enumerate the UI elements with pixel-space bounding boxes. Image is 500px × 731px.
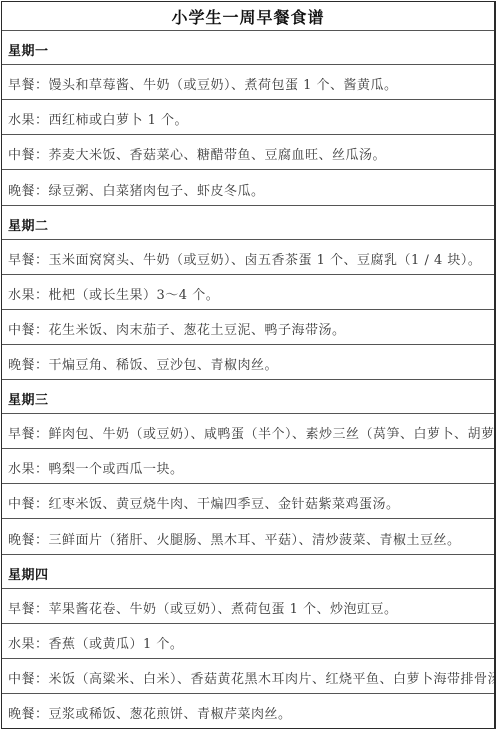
meal-row-wednesday-lunch: 中餐：红枣米饭、黄豆烧牛肉、干煸四季豆、金针菇紫菜鸡蛋汤。: [2, 484, 494, 519]
document-title: 小学生一周早餐食谱: [2, 2, 494, 31]
day-header-wednesday: 星期三: [2, 380, 494, 414]
meal-label: 早餐：: [8, 598, 49, 617]
meal-label: 中餐：: [8, 144, 49, 163]
menu-table: 小学生一周早餐食谱 星期一 早餐：馒头和草莓酱、牛奶（或豆奶）、煮荷包蛋 1 个…: [1, 1, 496, 729]
meal-row-monday-breakfast: 早餐：馒头和草莓酱、牛奶（或豆奶）、煮荷包蛋 1 个、酱黄瓜。: [2, 65, 494, 100]
meal-content: 豆浆或稀饭、葱花煎饼、青椒芹菜肉丝。: [49, 703, 292, 722]
meal-row-thursday-fruit: 水果：香蕉（或黄瓜）1 个。: [2, 624, 494, 659]
meal-label: 水果：: [8, 109, 49, 128]
meal-row-wednesday-breakfast: 早餐：鲜肉包、牛奶（或豆奶）、咸鸭蛋（半个）、素炒三丝（莴笋、白萝卜、胡萝卜）。: [2, 414, 494, 449]
meal-row-thursday-breakfast: 早餐：苹果酱花卷、牛奶（或豆奶）、煮荷包蛋 1 个、炒泡豇豆。: [2, 589, 494, 624]
meal-content: 苹果酱花卷、牛奶（或豆奶）、煮荷包蛋 1 个、炒泡豇豆。: [49, 598, 398, 617]
day-header-monday: 星期一: [2, 31, 494, 65]
meal-row-wednesday-dinner: 晚餐：三鲜面片（猪肝、火腿肠、黑木耳、平菇）、清炒菠菜、青椒土豆丝。: [2, 519, 494, 554]
meal-label: 晚餐：: [8, 703, 49, 722]
meal-label: 水果：: [8, 284, 49, 303]
meal-content: 花生米饭、肉末茄子、葱花土豆泥、鸭子海带汤。: [49, 319, 346, 338]
day-header-tuesday: 星期二: [2, 206, 494, 240]
meal-content: 绿豆粥、白菜猪肉包子、虾皮冬瓜。: [49, 180, 265, 199]
meal-label: 晚餐：: [8, 180, 49, 199]
meal-content: 馒头和草莓酱、牛奶（或豆奶）、煮荷包蛋 1 个、酱黄瓜。: [49, 74, 398, 93]
meal-label: 晚餐：: [8, 529, 49, 548]
meal-label: 水果：: [8, 458, 49, 477]
meal-label: 水果：: [8, 633, 49, 652]
meal-row-monday-dinner: 晚餐：绿豆粥、白菜猪肉包子、虾皮冬瓜。: [2, 170, 494, 205]
meal-row-wednesday-fruit: 水果：鸭梨一个或西瓜一块。: [2, 449, 494, 484]
meal-label: 中餐：: [8, 668, 49, 687]
meal-content: 红枣米饭、黄豆烧牛肉、干煸四季豆、金针菇紫菜鸡蛋汤。: [49, 493, 400, 512]
meal-label: 中餐：: [8, 319, 49, 338]
meal-label: 早餐：: [8, 74, 49, 93]
meal-label: 早餐：: [8, 423, 49, 442]
meal-content: 三鲜面片（猪肝、火腿肠、黑木耳、平菇）、清炒菠菜、青椒土豆丝。: [49, 529, 461, 548]
meal-content: 米饭（高粱米、白米）、香菇黄花黑木耳肉片、红烧平鱼、白萝卜海带排骨汤。: [49, 668, 494, 687]
meal-content: 鸭梨一个或西瓜一块。: [49, 458, 184, 477]
meal-row-tuesday-breakfast: 早餐：玉米面窝窝头、牛奶（或豆奶）、卤五香茶蛋 1 个、豆腐乳（1 / 4 块）…: [2, 240, 494, 275]
meal-label: 中餐：: [8, 493, 49, 512]
meal-label: 晚餐：: [8, 354, 49, 373]
meal-content: 香蕉（或黄瓜）1 个。: [49, 633, 184, 652]
meal-row-thursday-lunch: 中餐：米饭（高粱米、白米）、香菇黄花黑木耳肉片、红烧平鱼、白萝卜海带排骨汤。: [2, 659, 494, 694]
meal-row-monday-lunch: 中餐：荞麦大米饭、香菇菜心、糖醋带鱼、豆腐血旺、丝瓜汤。: [2, 135, 494, 170]
meal-row-tuesday-dinner: 晚餐：干煸豆角、稀饭、豆沙包、青椒肉丝。: [2, 345, 494, 380]
meal-content: 鲜肉包、牛奶（或豆奶）、咸鸭蛋（半个）、素炒三丝（莴笋、白萝卜、胡萝卜）。: [49, 423, 494, 442]
meal-content: 西红柿或白萝卜 1 个。: [49, 109, 189, 128]
meal-content: 干煸豆角、稀饭、豆沙包、青椒肉丝。: [49, 354, 279, 373]
meal-row-tuesday-lunch: 中餐：花生米饭、肉末茄子、葱花土豆泥、鸭子海带汤。: [2, 310, 494, 345]
meal-row-monday-fruit: 水果：西红柿或白萝卜 1 个。: [2, 100, 494, 135]
meal-content: 枇杷（或长生果）3～4 个。: [49, 284, 220, 303]
meal-row-thursday-dinner: 晚餐：豆浆或稀饭、葱花煎饼、青椒芹菜肉丝。: [2, 694, 494, 728]
meal-content: 玉米面窝窝头、牛奶（或豆奶）、卤五香茶蛋 1 个、豆腐乳（1 / 4 块）。: [49, 249, 482, 268]
meal-label: 早餐：: [8, 249, 49, 268]
day-header-thursday: 星期四: [2, 555, 494, 589]
meal-row-tuesday-fruit: 水果：枇杷（或长生果）3～4 个。: [2, 275, 494, 310]
meal-content: 荞麦大米饭、香菇菜心、糖醋带鱼、豆腐血旺、丝瓜汤。: [49, 144, 387, 163]
